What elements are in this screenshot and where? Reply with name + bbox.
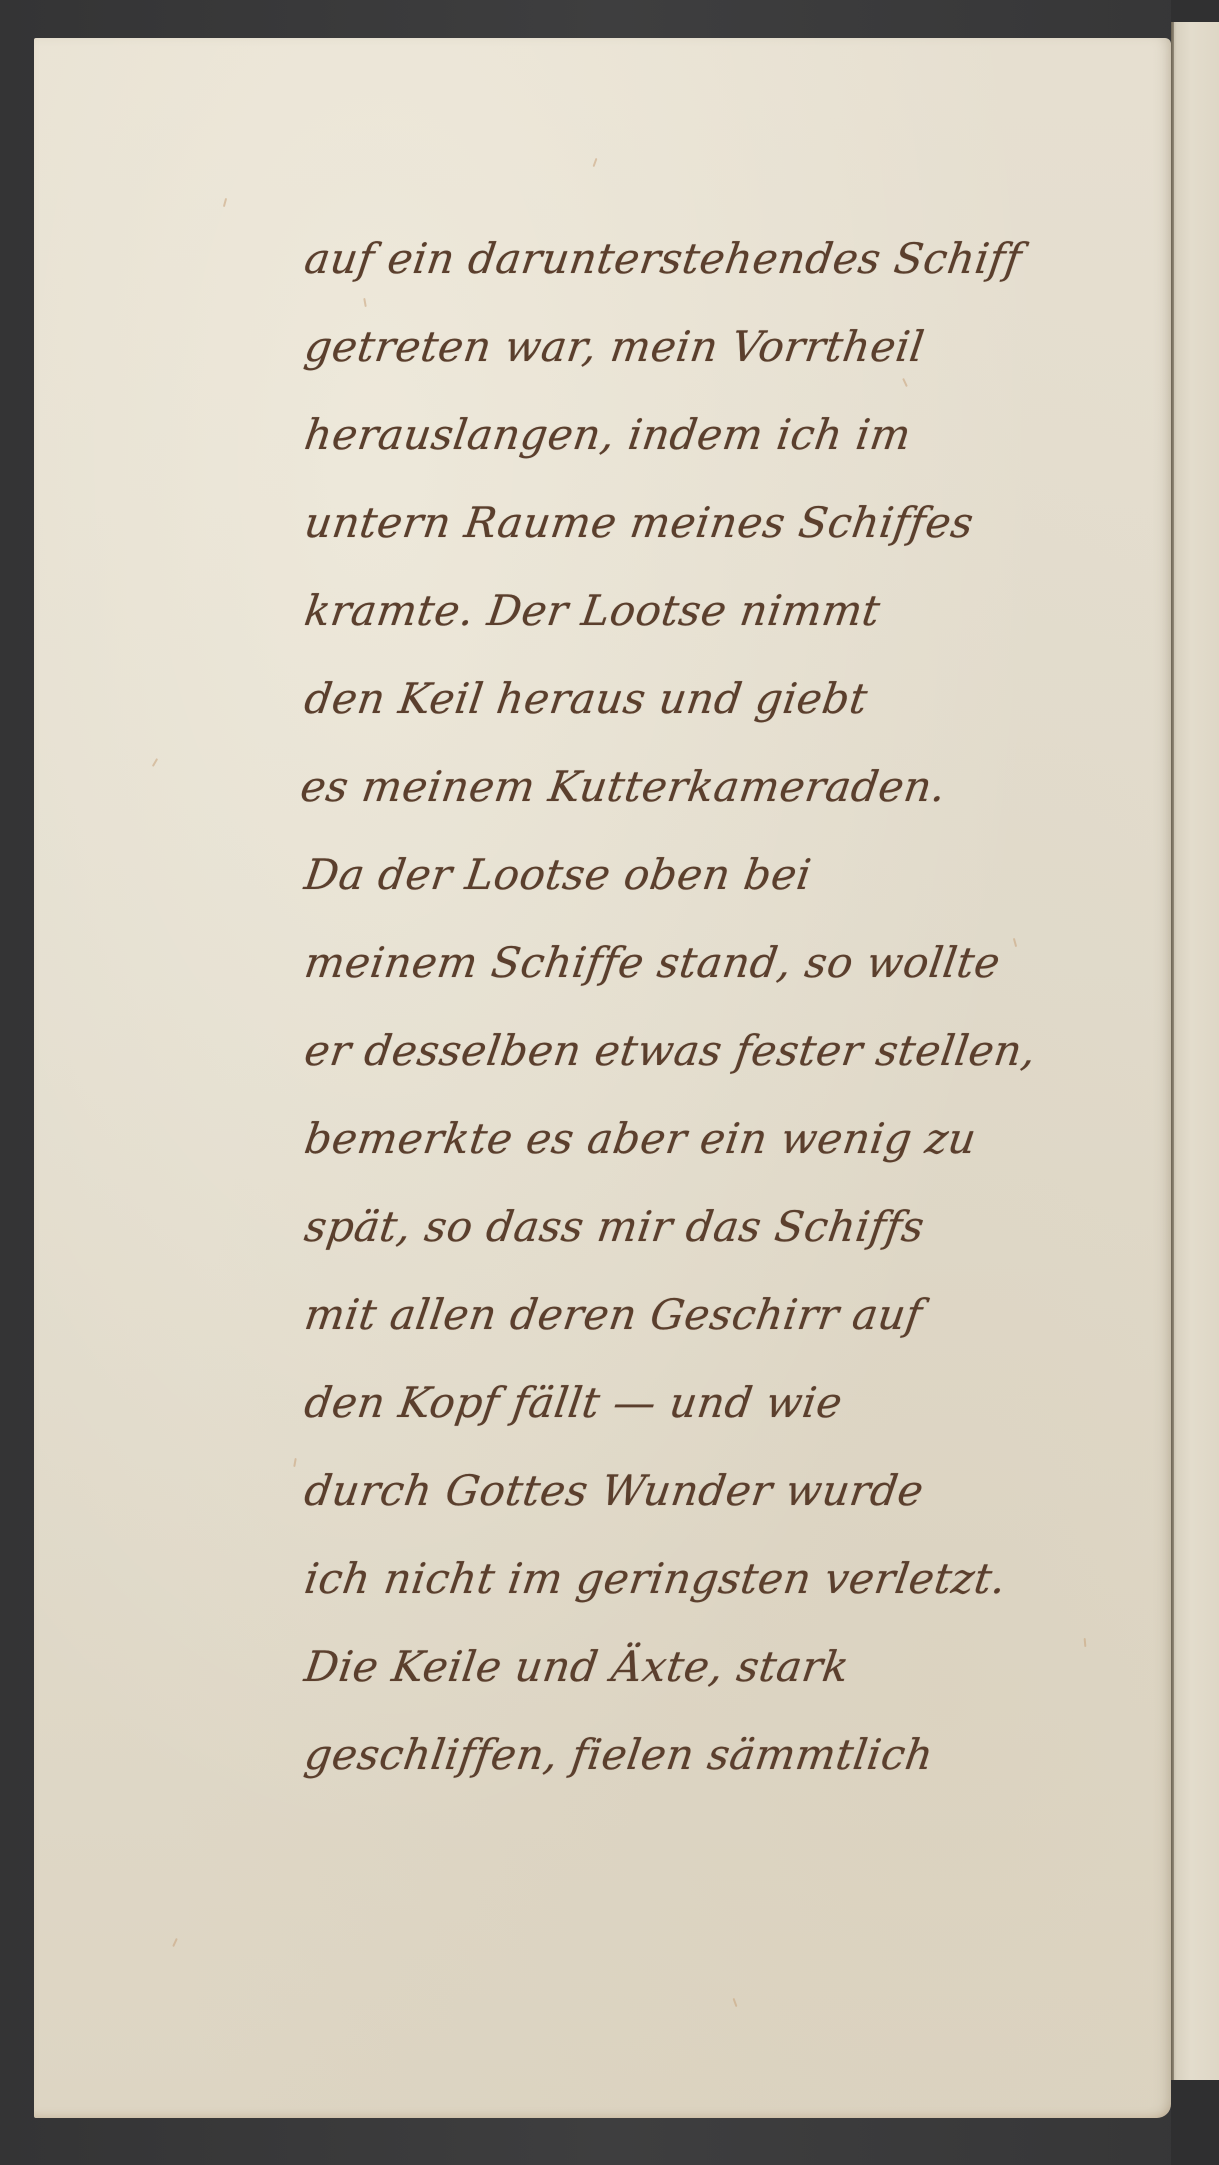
scan-background-top-right	[1171, 0, 1219, 22]
text-line: ich nicht im geringsten verletzt.	[299, 1535, 1091, 1623]
paper-fleck	[293, 1458, 297, 1467]
handwritten-text-block: auf ein darunterstehendes Schiff getrete…	[305, 215, 1085, 1799]
text-line: Die Keile und Äxte, stark	[299, 1623, 1091, 1711]
text-line: mit allen deren Geschirr auf	[299, 1271, 1091, 1359]
paper-fleck	[593, 158, 598, 167]
text-line: kramte. Der Lootse nimmt	[299, 567, 1091, 655]
text-line: meinem Schiffe stand, so wollte	[299, 919, 1091, 1007]
paper-fleck	[223, 198, 227, 207]
text-line: Da der Lootse oben bei	[299, 831, 1091, 919]
paper-fleck	[172, 1938, 178, 1947]
text-line: herauslangen, indem ich im	[299, 391, 1091, 479]
text-line: geschliffen, fielen sämmtlich	[299, 1711, 1091, 1799]
text-line: untern Raume meines Schiffes	[299, 479, 1091, 567]
text-line: spät, so dass mir das Schiffs	[299, 1183, 1091, 1271]
paper-fleck	[733, 1998, 738, 2007]
text-line: es meinem Kutterkameraden.	[295, 743, 1091, 831]
book-gutter	[1171, 22, 1174, 2122]
text-line: den Keil heraus und giebt	[299, 655, 1091, 743]
text-line: er desselben etwas fester stellen,	[299, 1007, 1091, 1095]
text-line: den Kopf fällt — und wie	[299, 1359, 1091, 1447]
text-line: bemerkte es aber ein wenig zu	[299, 1095, 1091, 1183]
text-line: durch Gottes Wunder wurde	[299, 1447, 1091, 1535]
text-line: auf ein darunterstehendes Schiff	[299, 215, 1091, 303]
facing-page-edge	[1171, 22, 1219, 2102]
paper-fleck	[152, 758, 158, 767]
text-line: getreten war, mein Vorrtheil	[299, 303, 1091, 391]
scan-background-bottom-right	[1171, 2080, 1219, 2165]
